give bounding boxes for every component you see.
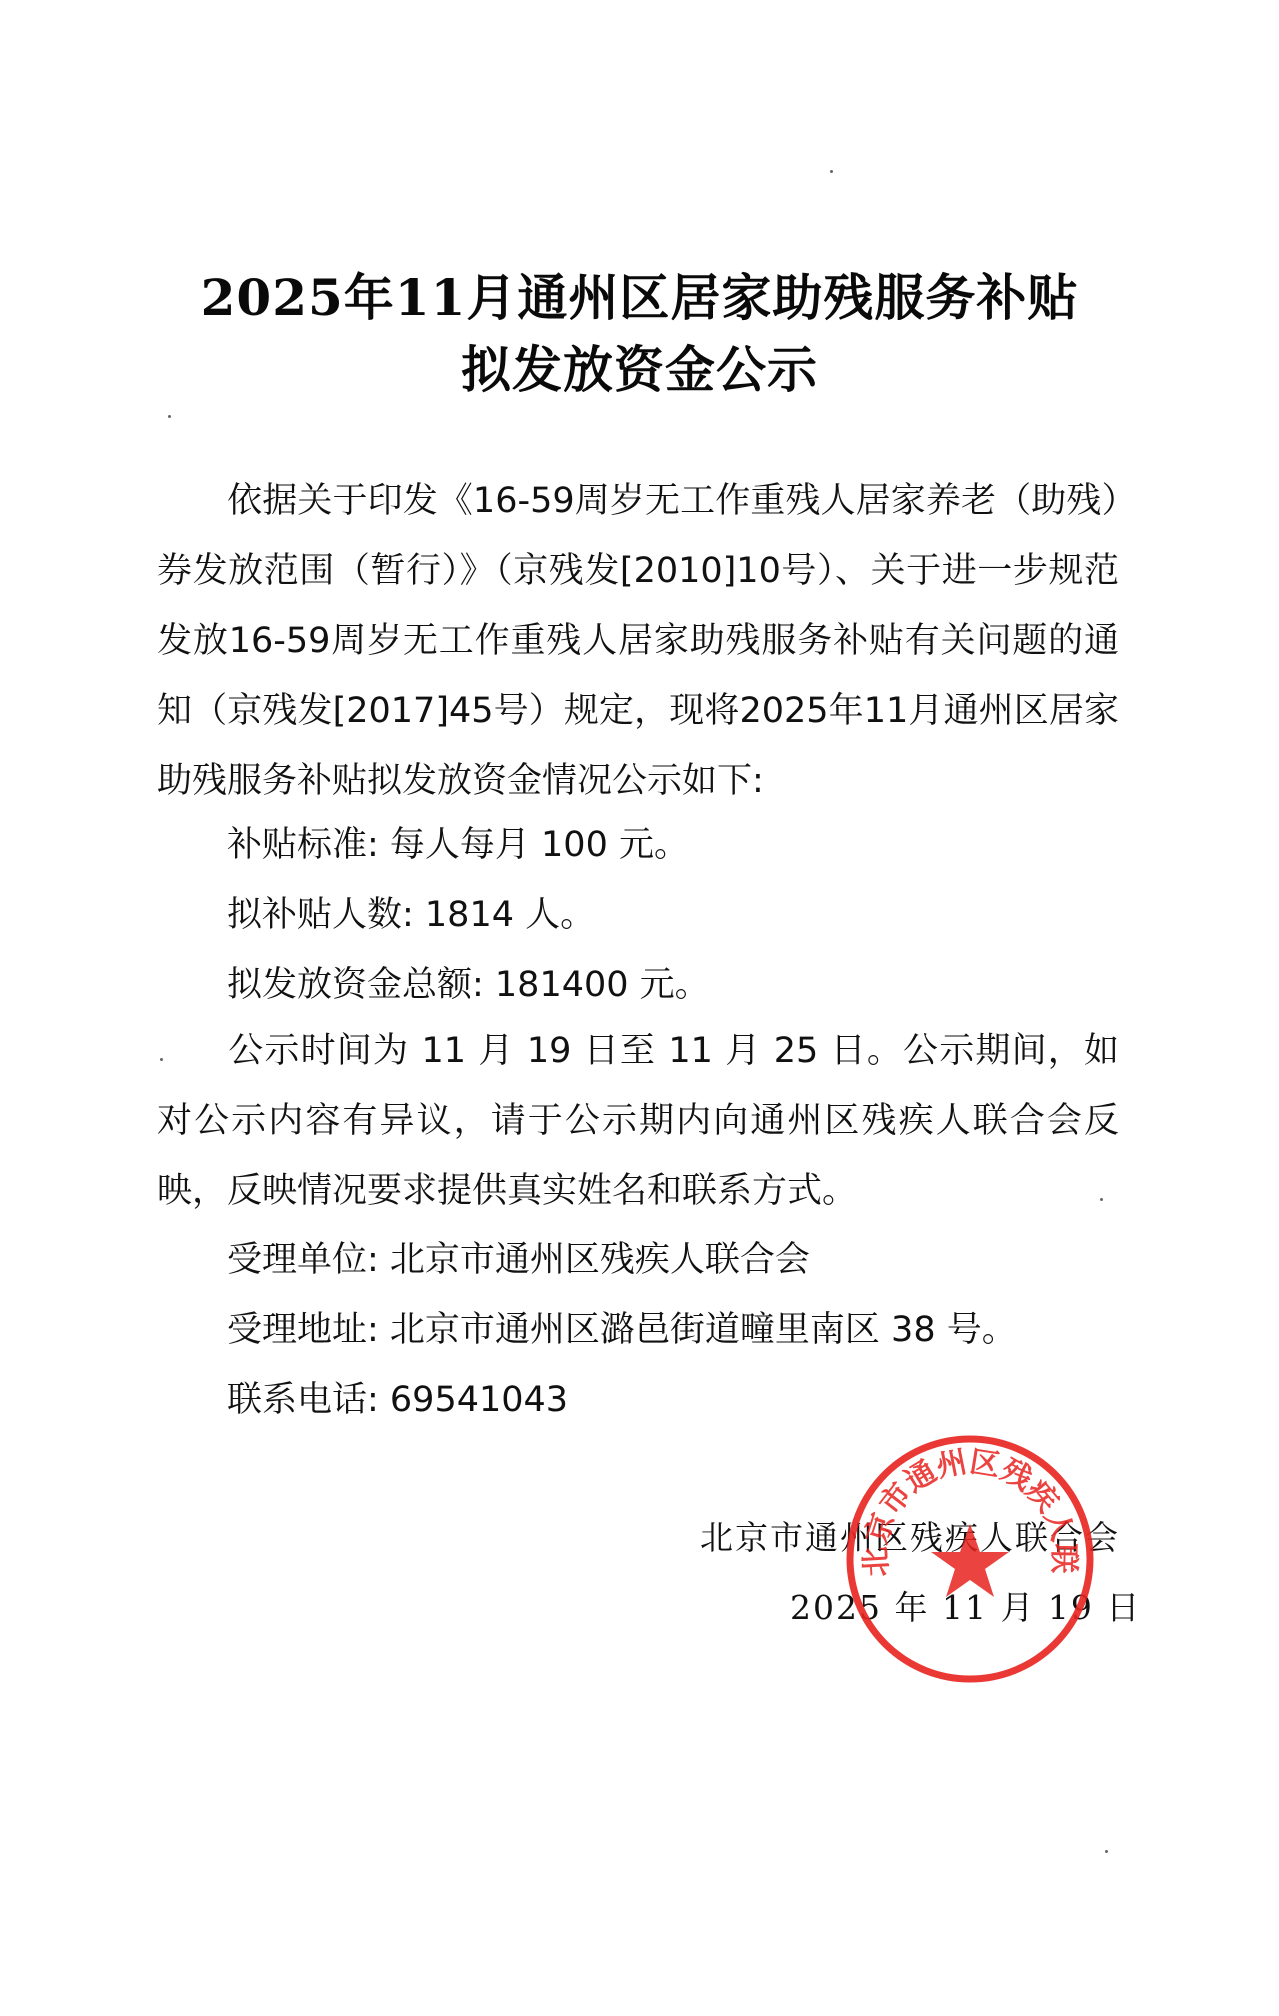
- notice-paragraph-text: 公示时间为 11 月 19 日至 11 月 25 日。公示期间，如对公示内容有异…: [157, 1031, 1119, 1211]
- official-seal-icon: 北京市通州区残疾人联合会: [843, 1432, 1097, 1686]
- signature-date: 2025 年 11 月 19 日: [790, 1582, 1141, 1629]
- intro-paragraph: 依据关于印发《16-59周岁无工作重残人居家养老（助残）券发放范围（暂行）》（京…: [157, 466, 1119, 816]
- intro-paragraph-text: 依据关于印发《16-59周岁无工作重残人居家养老（助残）券发放范围（暂行）》（京…: [157, 481, 1119, 801]
- notice-paragraph: 公示时间为 11 月 19 日至 11 月 25 日。公示期间，如对公示内容有异…: [157, 1016, 1119, 1226]
- document-title-line-1: 2025年11月通州区居家助残服务补贴: [0, 258, 1279, 330]
- scan-speck: [1105, 1850, 1108, 1853]
- contact-unit: 受理单位: 北京市通州区残疾人联合会: [227, 1235, 810, 1285]
- scan-speck: [168, 415, 171, 418]
- scan-speck: [830, 170, 833, 173]
- document-title-line-2: 拟发放资金公示: [0, 330, 1279, 402]
- contact-phone: 联系电话: 69541043: [227, 1375, 568, 1425]
- subsidy-recipients: 拟补贴人数: 1814 人。: [227, 890, 595, 940]
- signature-organization: 北京市通州区残疾人联合会: [700, 1512, 1120, 1559]
- scan-speck: [160, 1058, 163, 1061]
- subsidy-total: 拟发放资金总额: 181400 元。: [227, 960, 710, 1010]
- document-page: 2025年11月通州区居家助残服务补贴 拟发放资金公示 依据关于印发《16-59…: [0, 0, 1279, 2016]
- scan-speck: [1100, 1198, 1103, 1201]
- subsidy-standard: 补贴标准: 每人每月 100 元。: [227, 820, 689, 870]
- contact-address: 受理地址: 北京市通州区潞邑街道疃里南区 38 号。: [227, 1305, 1017, 1355]
